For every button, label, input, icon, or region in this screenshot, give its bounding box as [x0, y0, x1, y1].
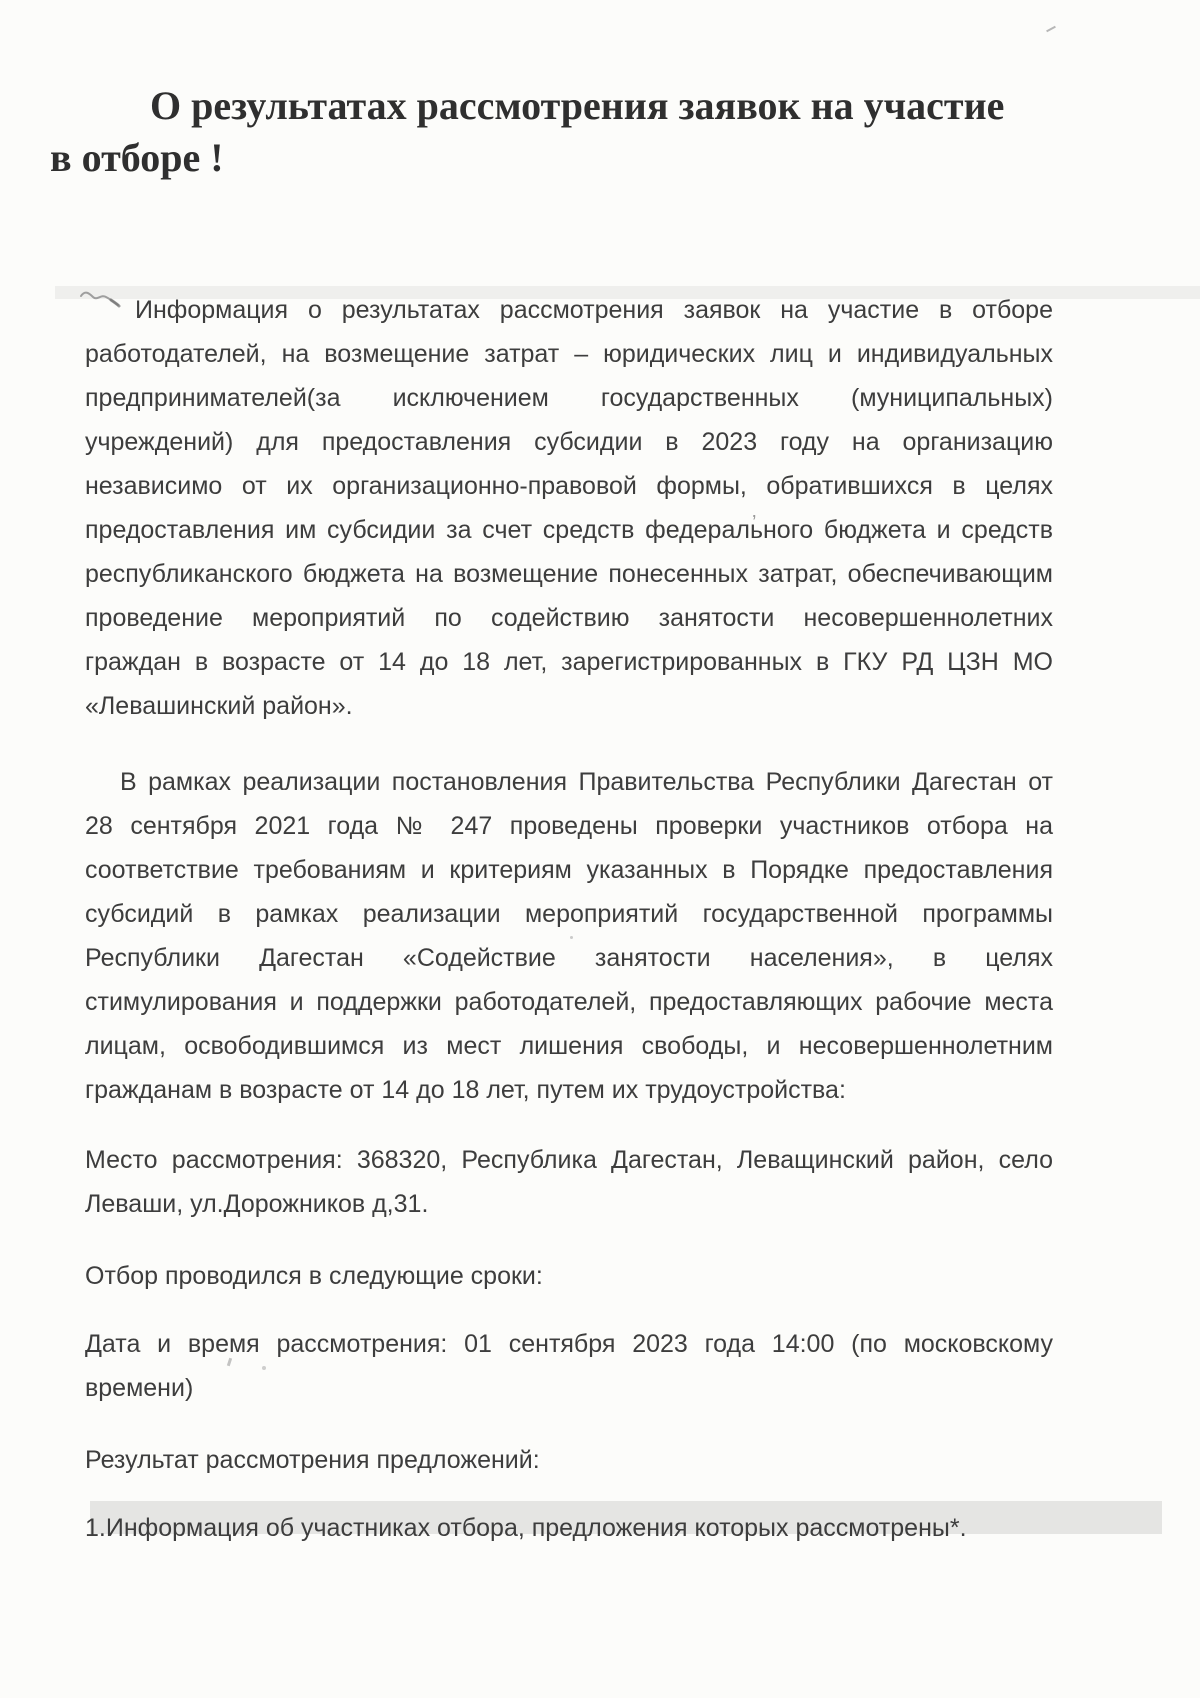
text-line: проведение мероприятий по содействию зан…: [85, 596, 1053, 640]
paragraph-framework: В рамках реализации постановления Правит…: [85, 760, 1053, 1112]
text-line: республиканского бюджета на возмещение п…: [85, 552, 1053, 596]
document-title: О результатах рассмотрения заявок на уча…: [50, 80, 1150, 184]
text-line: предоставления им субсидии за счет средс…: [85, 508, 1053, 552]
text-line: стимулирования и поддержки работодателей…: [85, 980, 1053, 1024]
text-line: Дата и время рассмотрения: 01 сентября 2…: [85, 1322, 1053, 1366]
text-line: Информация о результатах рассмотрения за…: [85, 288, 1053, 332]
text-line: Отбор проводился в следующие сроки:: [85, 1254, 1053, 1298]
text-line: субсидий в рамках реализации мероприятий…: [85, 892, 1053, 936]
text-line: работодателей, на возмещение затрат – юр…: [85, 332, 1053, 376]
text-line: Леваши, ул.Дорожников д,31.: [85, 1182, 1053, 1226]
text-line: Результат рассмотрения предложений:: [85, 1438, 1053, 1482]
scanned-document-page: О результатах рассмотрения заявок на уча…: [0, 0, 1200, 1698]
text-line: гражданам в возрасте от 14 до 18 лет, пу…: [85, 1068, 1053, 1112]
list-item-participants: 1.Информация об участниках отбора, предл…: [85, 1506, 1053, 1550]
location-block: Место рассмотрения: 368320, Республика Д…: [85, 1138, 1053, 1226]
text-line: предпринимателей(за исключением государс…: [85, 376, 1053, 420]
text-line: «Левашинский район».: [85, 684, 1053, 728]
scan-speck-artifact: [1046, 26, 1056, 32]
result-heading-line: Результат рассмотрения предложений:: [85, 1438, 1053, 1482]
title-line: О результатах рассмотрения заявок на уча…: [50, 80, 1150, 132]
text-line: Место рассмотрения: 368320, Республика Д…: [85, 1138, 1053, 1182]
selection-period-line: Отбор проводился в следующие сроки:: [85, 1254, 1053, 1298]
text-line: независимо от их организационно-правовой…: [85, 464, 1053, 508]
paragraph-intro: Информация о результатах рассмотрения за…: [85, 288, 1053, 728]
datetime-block: Дата и время рассмотрения: 01 сентября 2…: [85, 1322, 1053, 1410]
text-line: 28 сентября 2021 года № 247 проведены пр…: [85, 804, 1053, 848]
title-line: в отборе !: [50, 132, 1150, 184]
text-line: граждан в возрасте от 14 до 18 лет, заре…: [85, 640, 1053, 684]
text-line: Республики Дагестан «Содействие занятост…: [85, 936, 1053, 980]
text-line: лицам, освободившимся из мест лишения св…: [85, 1024, 1053, 1068]
text-line: соответствие требованиям и критериям ука…: [85, 848, 1053, 892]
text-line: В рамках реализации постановления Правит…: [85, 760, 1053, 804]
text-line: 1.Информация об участниках отбора, предл…: [85, 1506, 1053, 1550]
text-line: учреждений) для предоставления субсидии …: [85, 420, 1053, 464]
text-line: времени): [85, 1366, 1053, 1410]
